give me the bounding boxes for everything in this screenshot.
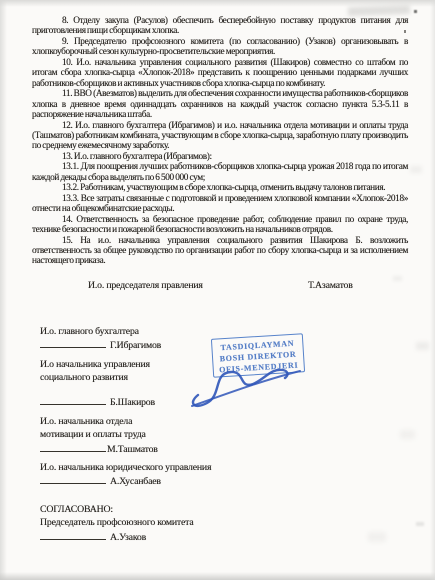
scan-edge-right [430,0,435,580]
approver-name: Т.Азаматов [308,280,353,291]
signatory-title: мотивации и оплаты труда [40,428,158,441]
signature-row: Г.Ибрагимов [40,338,161,352]
agreement-heading: СОГЛАСОВАНО: [40,503,193,516]
scan-smudge [416,522,424,526]
signature-row: М.Ташматов [40,442,158,456]
order-paragraph: 14. Ответственность за безопасное провед… [32,215,408,236]
signature-blank-line [40,442,106,452]
order-paragraph: 12. И.о. главного бухгалтера (Ибрагимов)… [32,121,408,152]
scan-edge-left [0,0,7,580]
order-paragraph: 8. Отделу закупа (Расулов) обеспечить бе… [32,16,408,37]
scan-edge-bottom [0,572,435,580]
signature-blank-line [40,338,106,348]
order-paragraph: 15. На и.о. начальника управления социал… [32,236,408,267]
signature-blank-line [40,530,106,540]
handwritten-signature [186,349,308,413]
order-paragraph: 13.2. Работникам, участвующим в сборе хл… [32,183,408,193]
scan-smudge [416,342,429,350]
signature-blank-line [40,474,106,484]
signature-block-social-development: И.о начальника управления социального ра… [40,358,155,409]
signatory-title: И.о. главного бухгалтера [40,325,161,338]
signature-blank-line [40,395,106,405]
signatory-name: М.Ташматов [107,444,158,455]
signatory-name: А.Хусанбаев [110,476,161,487]
order-paragraph: 9. Председателю профсоюзного комитета (п… [32,37,408,58]
scan-smudge [400,430,415,439]
scanned-document-page: 8. Отделу закупа (Расулов) обеспечить бе… [0,0,435,580]
signatory-title: И.о. начальника отдела [40,415,158,428]
order-paragraph: 13. И.о. главного бухгалтера (Ибрагимов)… [32,152,408,162]
signature-row: Б.Шакиров [40,395,155,409]
order-paragraph: 11. ВВО (Авезматов) выделить для обеспеч… [32,89,408,120]
agreement-title: Председатель профсоюзного комитета [40,516,193,529]
spacer [40,385,155,395]
signature-block-accountant: И.о. главного бухгалтера Г.Ибрагимов [40,325,161,353]
scan-edge-top [0,0,435,7]
scan-smudge [393,276,402,281]
signatory-name: Б.Шакиров [110,397,155,408]
order-paragraph: 10. И.о. начальника управления социально… [32,58,408,89]
scan-smudge [348,5,410,16]
signatory-title: И.о. начальника юридического управления [40,461,211,474]
approver-title: И.о. председателя правления [88,280,203,291]
agreement-name: А.Узаков [110,532,146,543]
signature-block-motivation-pay: И.о. начальника отдела мотивации и оплат… [40,415,158,456]
signatory-title: социального развития [40,371,155,384]
order-paragraph: 13.1. Для поощрения лучших работников-сб… [32,162,408,183]
scan-mark [414,10,417,13]
order-body: 8. Отделу закупа (Расулов) обеспечить бе… [32,16,408,267]
signatory-title: И.о начальника управления [40,358,155,371]
scan-smudge [368,532,386,542]
agreement-block: СОГЛАСОВАНО: Председатель профсоюзного к… [40,503,193,544]
order-paragraph: 13.3. Все затраты связанные с подготовко… [32,194,408,215]
signatory-name: Г.Ибрагимов [110,340,161,351]
scan-smudge [410,166,422,173]
signature-row: А.Хусанбаев [40,474,211,488]
signature-row: А.Узаков [40,530,193,544]
signature-block-legal: И.о. начальника юридического управления … [40,461,211,489]
